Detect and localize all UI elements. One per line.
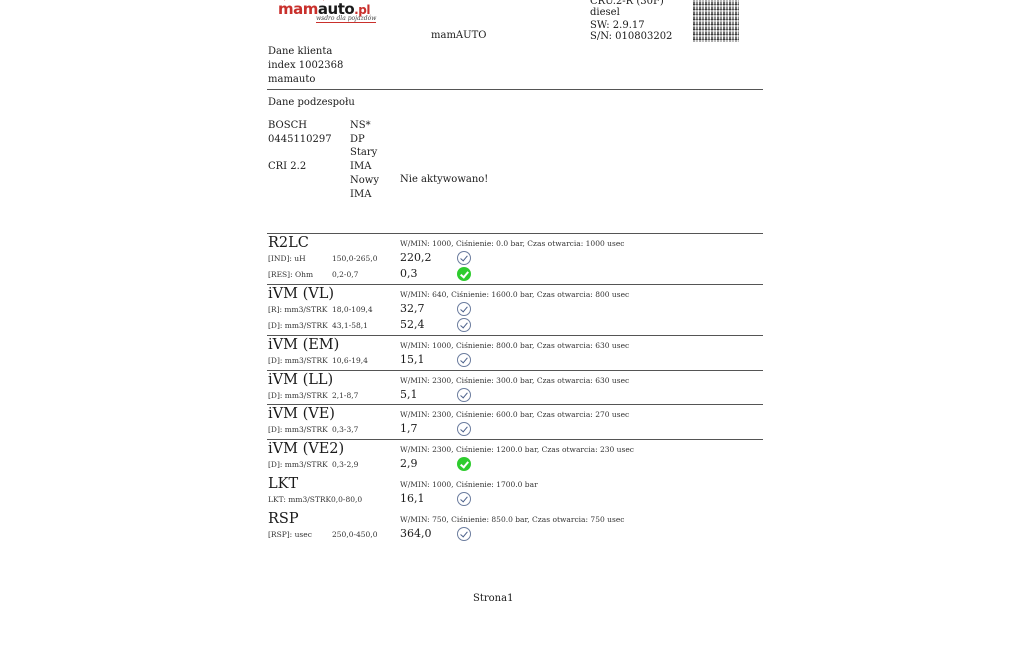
- activation-status: Nie aktywowano!: [400, 174, 488, 185]
- test-parameters: W/MIN: 750, Ciśnienie: 850.0 bar, Czas o…: [400, 515, 624, 524]
- check-filled-icon: [457, 457, 471, 471]
- measurement-label: [D]: mm3/STRK: [268, 425, 328, 434]
- check-filled-icon: [457, 267, 471, 281]
- logo-tagline: wsdro dla pojazdów: [316, 15, 376, 23]
- test-parameters: W/MIN: 1000, Ciśnienie: 1700.0 bar: [400, 480, 538, 489]
- customer-name: mamauto: [268, 73, 343, 87]
- measurement-label: [IND]: uH: [268, 254, 306, 263]
- measurement-range: 10,6-19,4: [332, 356, 368, 365]
- measurement-value: 16,1: [400, 492, 425, 505]
- check-outline-icon: [457, 251, 471, 265]
- test-name: iVM (LL): [268, 372, 333, 388]
- device-info: CRU.2-R (30F) diesel SW: 2.9.17 S/N: 010…: [590, 0, 672, 42]
- measurement-range: 0,3-2,9: [332, 460, 358, 469]
- page-number: Strona1: [473, 593, 513, 604]
- test-parameters: W/MIN: 2300, Ciśnienie: 300.0 bar, Czas …: [400, 376, 629, 385]
- measurement-value: 5,1: [400, 388, 418, 401]
- serial-number: S/N: 010803202: [590, 31, 672, 42]
- measurement-range: 43,1-58,1: [332, 321, 368, 330]
- measurement-row: [IND]: uH150,0-265,0220,2: [267, 251, 763, 267]
- company-name: mamAUTO: [431, 30, 486, 41]
- test-name: iVM (VL): [268, 286, 334, 302]
- measurement-row: LKT: mm3/STRK0,0-80,016,1: [267, 492, 763, 508]
- test-parameters: W/MIN: 2300, Ciśnienie: 600.0 bar, Czas …: [400, 410, 629, 419]
- test-parameters: W/MIN: 2300, Ciśnienie: 1200.0 bar, Czas…: [400, 445, 634, 454]
- divider: [267, 404, 763, 405]
- check-outline-icon: [457, 388, 471, 402]
- measurement-label: [RES]: Ohm: [268, 270, 313, 279]
- qr-code-icon: [693, 0, 739, 42]
- measurement-value: 364,0: [400, 527, 432, 540]
- measurement-value: 1,7: [400, 422, 418, 435]
- measurement-row: [D]: mm3/STRK0,3-2,92,9: [267, 457, 763, 473]
- measurement-row: [D]: mm3/STRK43,1-58,152,4: [267, 318, 763, 334]
- divider: [267, 439, 763, 440]
- measurement-row: [R]: mm3/STRK18,0-109,432,7: [267, 302, 763, 318]
- device-model: CRU.2-R (30F): [590, 0, 672, 7]
- measurement-row: [D]: mm3/STRK10,6-19,415,1: [267, 353, 763, 369]
- component-title: Dane podzespołu: [268, 97, 355, 108]
- measurement-label: [RSP]: usec: [268, 530, 312, 539]
- component-info-col2: NS* DP Stary IMA Nowy IMA: [350, 119, 379, 201]
- test-parameters: W/MIN: 1000, Ciśnienie: 0.0 bar, Czas ot…: [400, 239, 624, 248]
- divider: [267, 233, 763, 234]
- customer-title: Dane klienta: [268, 45, 343, 59]
- software-version: SW: 2.9.17: [590, 20, 672, 31]
- customer-data: Dane klienta index 1002368 mamauto: [268, 45, 343, 87]
- measurement-range: 18,0-109,4: [332, 305, 373, 314]
- test-parameters: W/MIN: 1000, Ciśnienie: 800.0 bar, Czas …: [400, 341, 629, 350]
- measurement-row: [RES]: Ohm0,2-0,70,3: [267, 267, 763, 283]
- measurement-row: [D]: mm3/STRK0,3-3,71,7: [267, 422, 763, 438]
- mamauto-logo: mamauto.pl wsdro dla pojazdów: [278, 0, 373, 26]
- fuel-type: diesel: [590, 7, 672, 18]
- measurement-value: 220,2: [400, 251, 432, 264]
- measurement-label: [D]: mm3/STRK: [268, 391, 328, 400]
- check-outline-icon: [457, 492, 471, 506]
- measurement-label: [R]: mm3/STRK: [268, 305, 327, 314]
- measurement-range: 250,0-450,0: [332, 530, 377, 539]
- measurement-label: [D]: mm3/STRK: [268, 321, 328, 330]
- check-outline-icon: [457, 318, 471, 332]
- measurement-value: 2,9: [400, 457, 418, 470]
- component-info-col1: BOSCH 0445110297 CRI 2.2: [268, 119, 332, 174]
- measurement-range: 0,3-3,7: [332, 425, 358, 434]
- check-outline-icon: [457, 422, 471, 436]
- test-name: iVM (VE2): [268, 441, 344, 457]
- divider: [267, 89, 763, 90]
- measurement-range: 0,0-80,0: [331, 495, 362, 504]
- test-name: iVM (EM): [268, 337, 339, 353]
- divider: [267, 284, 763, 285]
- measurement-label: [D]: mm3/STRK: [268, 356, 328, 365]
- divider: [267, 370, 763, 371]
- test-name: RSP: [268, 511, 299, 527]
- measurement-range: 2,1-8,7: [332, 391, 358, 400]
- test-name: iVM (VE): [268, 406, 335, 422]
- measurement-row: [RSP]: usec250,0-450,0364,0: [267, 527, 763, 543]
- check-outline-icon: [457, 353, 471, 367]
- measurement-row: [D]: mm3/STRK2,1-8,75,1: [267, 388, 763, 404]
- measurement-value: 0,3: [400, 267, 418, 280]
- measurement-value: 52,4: [400, 318, 425, 331]
- divider: [267, 335, 763, 336]
- measurement-value: 32,7: [400, 302, 425, 315]
- check-outline-icon: [457, 302, 471, 316]
- measurement-label: LKT: mm3/STRK: [268, 495, 331, 504]
- check-outline-icon: [457, 527, 471, 541]
- report-page: mamauto.pl wsdro dla pojazdów mamAUTO CR…: [248, 0, 770, 645]
- measurement-range: 150,0-265,0: [332, 254, 377, 263]
- customer-index: index 1002368: [268, 59, 343, 73]
- test-parameters: W/MIN: 640, Ciśnienie: 1600.0 bar, Czas …: [400, 290, 629, 299]
- test-name: LKT: [268, 476, 298, 492]
- test-name: R2LC: [268, 235, 309, 251]
- measurement-label: [D]: mm3/STRK: [268, 460, 328, 469]
- measurement-range: 0,2-0,7: [332, 270, 358, 279]
- measurement-value: 15,1: [400, 353, 425, 366]
